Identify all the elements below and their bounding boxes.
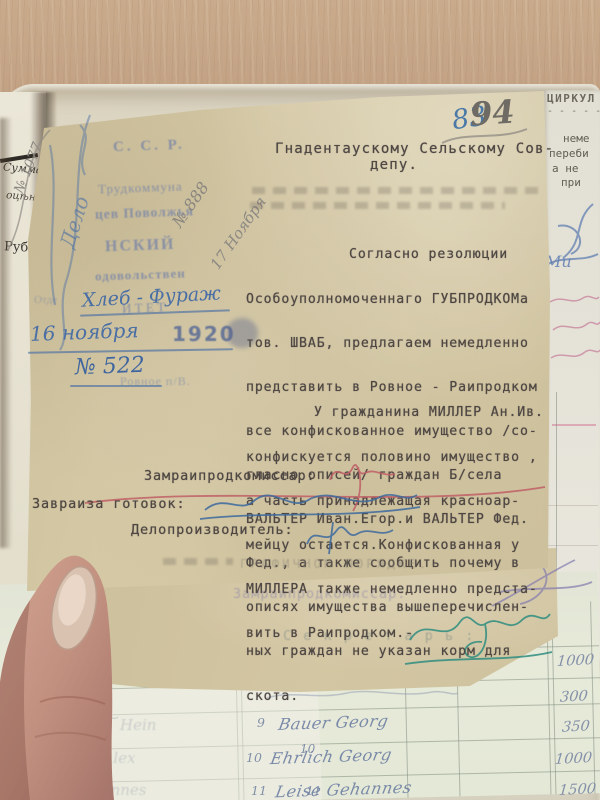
paragraph-line: вить в Раипродком.- <box>246 627 544 642</box>
paragraph-line: скота. <box>246 690 538 705</box>
blue-signature <box>295 518 405 560</box>
office-stamp-line: одовольствен <box>95 265 186 284</box>
bleedthrough-smudge <box>250 202 505 209</box>
text-fragment: а не <box>552 162 579 175</box>
paragraph-line: Особоуполномоченнаго ГУБПРОДКОМа <box>246 293 538 308</box>
paragraph-line: МИЛЛЕРА также немедленно предста- <box>246 583 544 598</box>
ledger-row-number: 10 <box>246 750 262 765</box>
registration-number: № 522 <box>75 353 146 380</box>
paragraph-line: тов. ШВАБ, предлагаем немедленно <box>246 337 538 352</box>
recipient-line: Гнадентаускому Сельскому Сов- <box>275 141 554 158</box>
ledger-amount: 1000 <box>554 750 593 768</box>
office-stamp-line: Трудкоммуна <box>98 179 183 198</box>
ledger-amount: 350 <box>561 718 590 735</box>
bleedthrough-smudge <box>252 187 542 194</box>
paragraph-line: У гражданина МИЛЛЕР Ан.Ив. <box>246 406 544 421</box>
paragraph-line: Согласно резолюции <box>246 248 538 263</box>
handwritten-date: 16 ноября <box>30 318 139 346</box>
ledger-name: Leise Gehannes <box>274 778 414 800</box>
ledger-amount: 300 <box>559 688 588 705</box>
signature-label: Делопроизводитель: <box>131 523 294 538</box>
text-fragment: при <box>561 176 581 189</box>
text-fragment: неме <box>563 132 590 145</box>
ink-underline <box>70 385 162 387</box>
photo-of-archival-document: { "document": { "number_blue": "83", "nu… <box>0 0 600 800</box>
ledger-amount: 1500 <box>558 781 597 799</box>
ledger-amount: 1000 <box>556 652 595 670</box>
ledger-row-number: 11 <box>251 783 267 798</box>
recipient-line: депу. <box>370 158 418 173</box>
faded-order-line: ГРАФИЧНОМ ПОРЯДКЕ.- <box>240 556 440 571</box>
office-stamp-line: С. С. Р. <box>113 137 185 156</box>
circular-header-fragment: ЦИРКУЛ <box>547 92 596 105</box>
pink-handwriting-fragments <box>545 292 600 367</box>
signature-label: Завраиза готовок: <box>32 497 185 512</box>
dashed-line-fragment: - - - - - - <box>547 106 600 117</box>
office-stamp-line: НСКИЙ <box>105 236 176 256</box>
thumb <box>0 552 130 800</box>
bleedthrough-smudge <box>163 558 233 565</box>
pink-rule-line <box>552 424 596 426</box>
text-fragment: переби <box>549 147 589 160</box>
